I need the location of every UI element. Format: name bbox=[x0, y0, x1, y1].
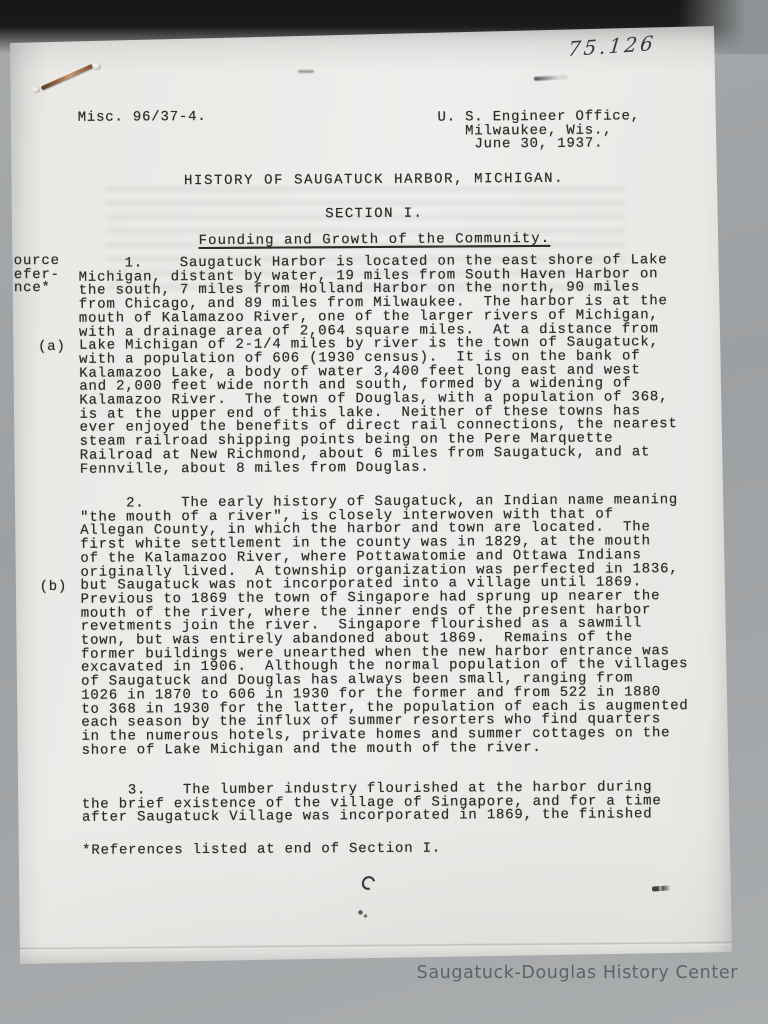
typed-content: Misc. 96/37-4. U. S. Engineer Office, Mi… bbox=[3, 24, 739, 968]
section-heading: SECTION I. bbox=[78, 206, 670, 223]
archive-watermark: Saugatuck-Douglas History Center bbox=[417, 963, 738, 983]
office-address-block: U. S. Engineer Office, Milwaukee, Wis., … bbox=[422, 110, 656, 153]
paragraph-1: 1. Saugatuck Harbor is located on the ea… bbox=[79, 254, 678, 477]
source-reference-margin-label: Source Refer- ence* bbox=[5, 255, 60, 296]
photo-scene: Saugatuck-Douglas History Center 75.126 … bbox=[0, 0, 768, 1024]
document-page: 75.126 Misc. 96/37-4. U. S. Engineer Off… bbox=[6, 26, 736, 966]
document-title: HISTORY OF SAUGATUCK HARBOR, MICHIGAN. bbox=[78, 172, 670, 189]
file-number: Misc. 96/37-4. bbox=[78, 111, 207, 125]
paragraph-2: 2. The early history of Saugatuck, an In… bbox=[80, 494, 689, 758]
margin-reference-b: (b) bbox=[40, 581, 68, 595]
document-subtitle: Founding and Growth of the Community. bbox=[78, 232, 670, 249]
paragraph-3: 3. The lumber industry flourished at the… bbox=[82, 781, 662, 826]
footnote: *References listed at end of Section I. bbox=[82, 843, 441, 859]
margin-reference-a: (a) bbox=[38, 341, 66, 355]
